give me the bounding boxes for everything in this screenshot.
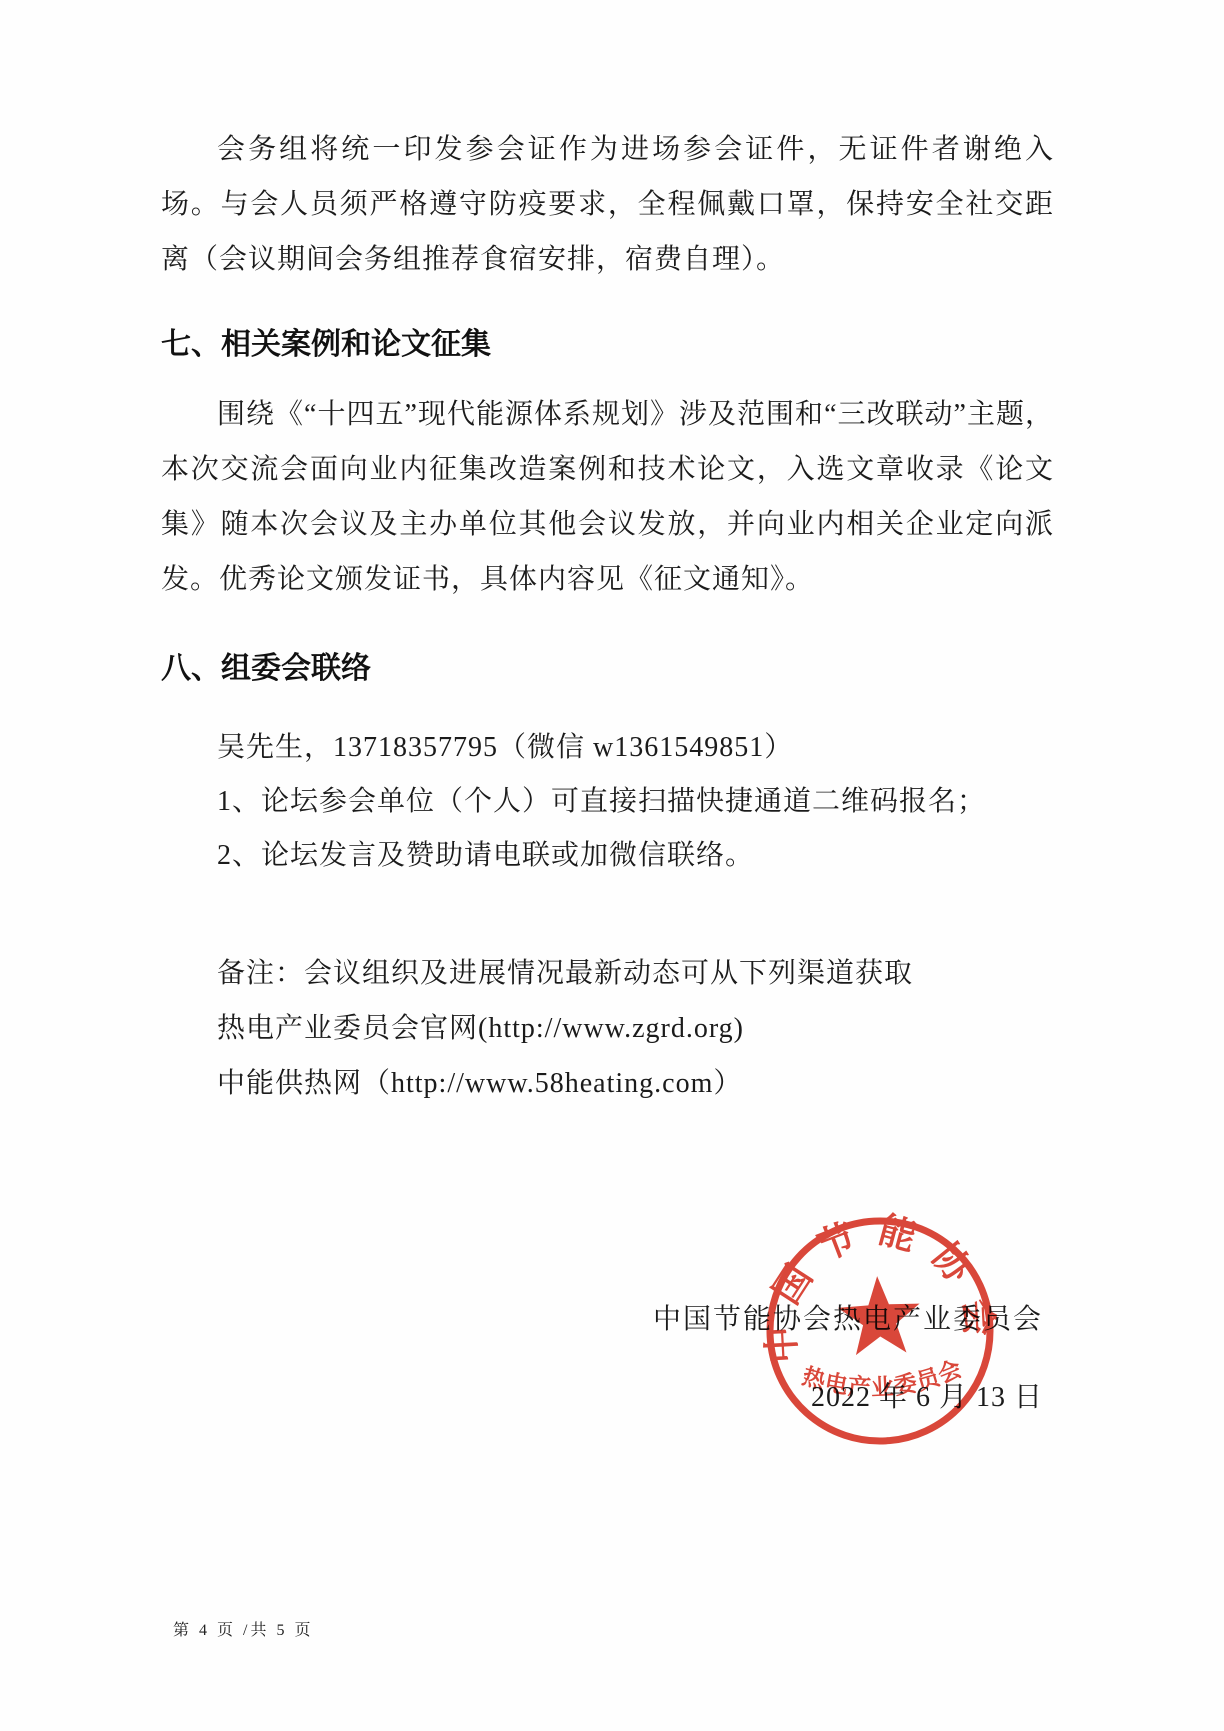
page-number-footer: 第 4 页 /共 5 页 bbox=[173, 1617, 313, 1640]
seal-inner-text: 热电产业委员会 bbox=[798, 1354, 967, 1404]
star-icon bbox=[836, 1274, 922, 1356]
section-7-heading: 七、相关案例和论文征集 bbox=[161, 325, 1054, 365]
remark-heating-site-line: 中能供热网（http://www.58heating.com） bbox=[161, 1056, 1054, 1111]
remark-note-line: 备注：会议组织及进展情况最新动态可从下列渠道获取 bbox=[161, 946, 1054, 1001]
document-page: 会务组将统一印发参会证作为进场参会证件，无证件者谢绝入场。与会人员须严格遵守防疫… bbox=[0, 0, 1224, 1731]
official-seal: 中国节能协会 热电产业委员会 bbox=[756, 1207, 1004, 1455]
contact-item-2: 2、论坛发言及赞助请电联或加微信联络。 bbox=[161, 829, 1054, 883]
section-8-heading: 八、组委会联络 bbox=[161, 649, 1054, 689]
contact-item-1: 1、论坛参会单位（个人）可直接扫描快捷通道二维码报名； bbox=[161, 775, 1054, 829]
contact-phone-line: 吴先生，13718357795（微信 w1361549851） bbox=[161, 721, 1054, 775]
section-7-paragraph: 围绕《“十四五”现代能源体系规划》涉及范围和“三改联动”主题，本次交流会面向业内… bbox=[161, 387, 1054, 607]
intro-paragraph: 会务组将统一印发参会证作为进场参会证件，无证件者谢绝入场。与会人员须严格遵守防疫… bbox=[161, 122, 1054, 287]
remarks-block: 备注：会议组织及进展情况最新动态可从下列渠道获取 热电产业委员会官网(http:… bbox=[161, 946, 1054, 1111]
remark-website-line: 热电产业委员会官网(http://www.zgrd.org) bbox=[161, 1001, 1054, 1056]
document-body: 会务组将统一印发参会证作为进场参会证件，无证件者谢绝入场。与会人员须严格遵守防疫… bbox=[161, 122, 1054, 1111]
